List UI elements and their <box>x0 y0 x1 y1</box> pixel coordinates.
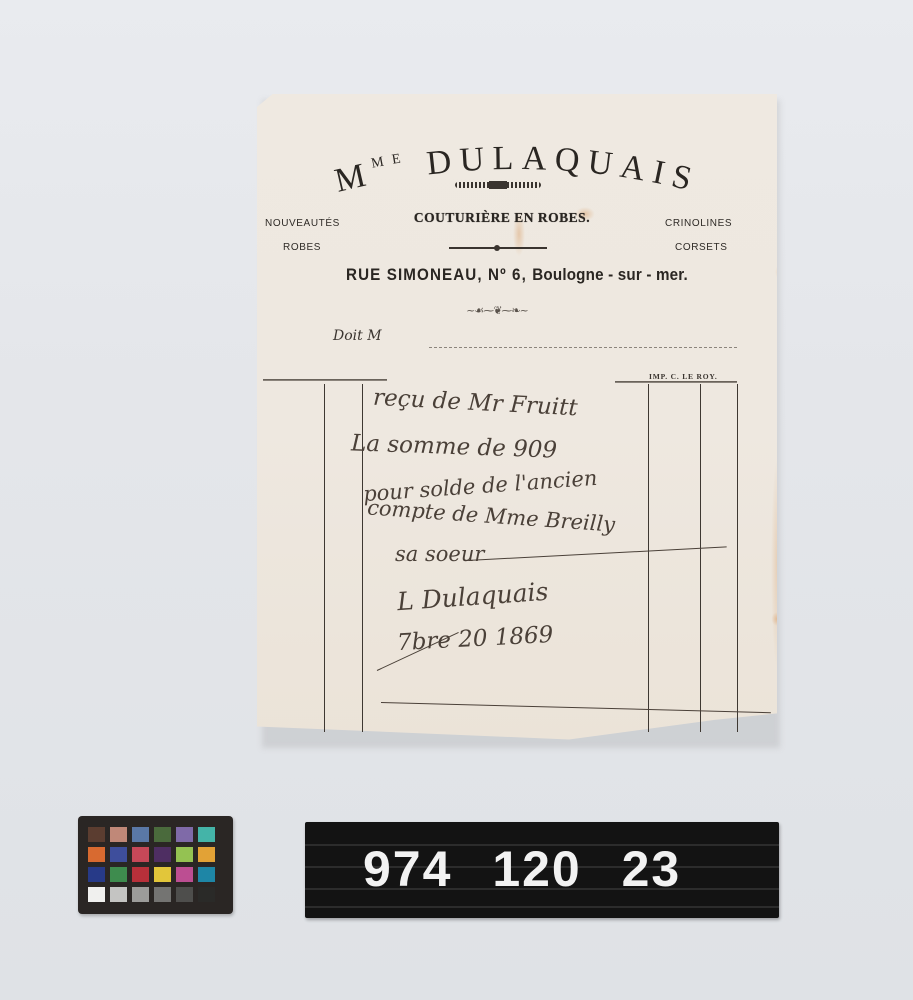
color-swatch <box>154 867 171 882</box>
color-swatch <box>88 867 105 882</box>
color-swatch <box>110 887 127 902</box>
title-text: MME DULAQUAIS <box>331 140 703 200</box>
address-city: Boulogne - sur - mer. <box>532 266 688 284</box>
color-swatch <box>176 827 193 842</box>
letterhead-address: RUE SIMONEAU, Nº 6, Boulogne - sur - mer… <box>278 266 756 285</box>
signature: L Dulaquais <box>396 577 549 616</box>
color-swatch <box>154 827 171 842</box>
label-nouveautes: NOUVEAUTÉS <box>265 218 340 229</box>
accession-number-plate: 974 120 23 <box>305 822 779 918</box>
label-robes: ROBES <box>283 242 321 253</box>
document-content: MME DULAQUAIS NOUVEAUTÉS ROBES COUTURIÈR… <box>257 94 777 746</box>
plate-groove <box>305 906 779 908</box>
color-swatch <box>154 847 171 862</box>
handwriting-line-1: reçu de Mr Fruitt <box>372 385 578 422</box>
flourish-ornament: ~☙⁓❦⁓❧~ <box>447 304 547 317</box>
ledger-column-line <box>648 384 649 732</box>
color-swatch <box>88 847 105 862</box>
handwriting-underline <box>467 546 727 561</box>
ledger-header-rule-left <box>263 379 387 381</box>
title-prefix: M <box>331 155 377 200</box>
color-swatch <box>132 887 149 902</box>
closing-rule-stroke <box>381 702 771 713</box>
ledger-header-rule-right <box>615 381 737 383</box>
color-swatch <box>198 867 215 882</box>
color-swatch <box>198 847 215 862</box>
color-swatch <box>132 847 149 862</box>
color-swatch <box>88 827 105 842</box>
address-street: RUE SIMONEAU, Nº 6, <box>346 266 527 284</box>
divider-ornament <box>449 247 547 249</box>
color-swatch <box>132 867 149 882</box>
handwriting-line-2: La somme de 909 <box>351 430 558 463</box>
accession-number: 974 120 23 <box>305 840 779 898</box>
letterhead-subtitle: COUTURIÈRE EN ROBES. <box>387 210 617 226</box>
color-swatch <box>176 847 193 862</box>
title-prefix-superscript: ME <box>370 150 410 171</box>
color-swatch <box>132 827 149 842</box>
color-swatch <box>110 847 127 862</box>
color-swatch <box>110 867 127 882</box>
color-swatch <box>154 887 171 902</box>
color-swatch <box>110 827 127 842</box>
color-swatch <box>198 887 215 902</box>
label-crinolines: CRINOLINES <box>665 218 732 229</box>
label-corsets: CORSETS <box>675 242 728 253</box>
doit-blank-line <box>429 347 737 348</box>
color-checker-card <box>78 816 233 914</box>
color-swatch <box>176 887 193 902</box>
ledger-column-line <box>324 384 325 732</box>
color-swatch <box>176 867 193 882</box>
handwriting-line-5: sa soeur <box>395 542 484 566</box>
ledger-column-line <box>737 384 738 732</box>
color-swatch <box>198 827 215 842</box>
title-name: DULAQUAIS <box>425 140 703 200</box>
ledger-column-line <box>700 384 701 732</box>
color-swatch <box>88 887 105 902</box>
color-checker-grid <box>88 827 215 902</box>
title-ornament <box>455 182 541 188</box>
doit-label: Doit M <box>333 328 382 344</box>
handwriting-line-4: compte de Mme Breilly <box>366 495 615 536</box>
printer-mark: IMP. C. LE ROY. <box>649 372 718 381</box>
